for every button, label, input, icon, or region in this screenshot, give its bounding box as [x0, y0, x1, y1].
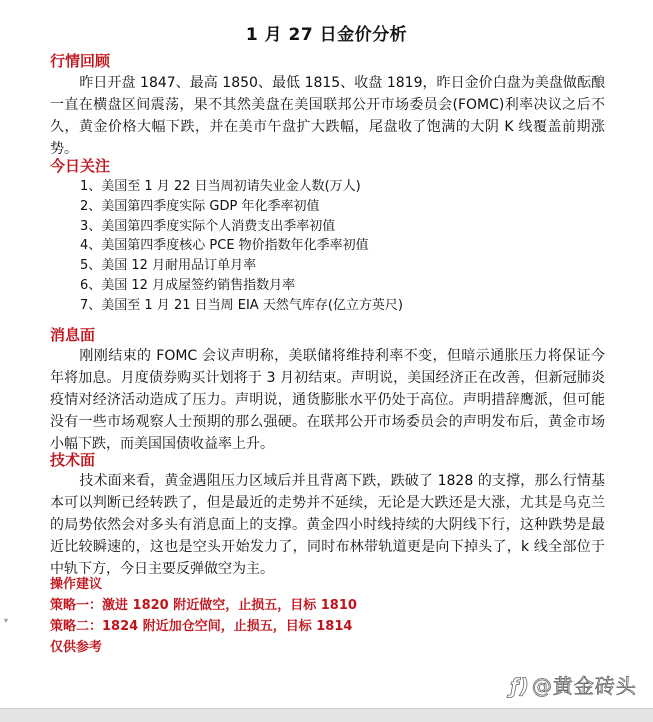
list-item: 6、美国 12 月成屋签约销售指数月率 [80, 276, 403, 296]
document-page: 1 月 27 日金价分析 行情回顾 昨日开盘 1847、最高 1850、最低 1… [0, 0, 653, 708]
technical-paragraph: 技术面来看，黄金遇阻压力区域后并且背离下跌，跌破了 1828 的支撑，那么行情基… [50, 470, 605, 580]
list-item: 1、美国至 1 月 22 日当周初请失业金人数(万人) [80, 177, 403, 197]
page-title: 1 月 27 日金价分析 [0, 20, 653, 45]
strategy-one: 策略一：激进 1820 附近做空，止损五，目标 1810 [50, 597, 357, 615]
heading-technical: 技术面 [50, 451, 95, 469]
heading-today-focus: 今日关注 [50, 157, 110, 175]
heading-market-review: 行情回顾 [50, 52, 110, 70]
today-focus-list: 1、美国至 1 月 22 日当周初请失业金人数(万人) 2、美国第四季度实际 G… [80, 177, 403, 316]
margin-marker-icon: ▾ [4, 616, 8, 625]
heading-advice: 操作建议 [50, 576, 102, 594]
list-item: 7、美国至 1 月 21 日当周 EIA 天然气库存(亿立方英尺) [80, 296, 403, 316]
toutiao-logo-icon: ƒ) [510, 674, 530, 698]
list-item: 5、美国 12 月耐用品订单月率 [80, 256, 403, 276]
market-review-paragraph: 昨日开盘 1847、最高 1850、最低 1815、收盘 1819，昨日金价白盘… [50, 72, 605, 160]
disclaimer: 仅供参考 [50, 639, 102, 657]
watermark-text: @黄金砖头 [532, 674, 637, 698]
bottom-status-bar [0, 708, 653, 722]
heading-news: 消息面 [50, 326, 95, 344]
news-paragraph: 刚刚结束的 FOMC 会议声明称，美联储将维持利率不变，但暗示通胀压力将保证今年… [50, 345, 605, 455]
strategy-two: 策略二：1824 附近加仓空间，止损五，目标 1814 [50, 618, 352, 636]
watermark: ƒ)@黄金砖头 [510, 670, 637, 699]
list-item: 3、美国第四季度实际个人消费支出季率初值 [80, 217, 403, 237]
list-item: 4、美国第四季度核心 PCE 物价指数年化季率初值 [80, 236, 403, 256]
list-item: 2、美国第四季度实际 GDP 年化季率初值 [80, 197, 403, 217]
